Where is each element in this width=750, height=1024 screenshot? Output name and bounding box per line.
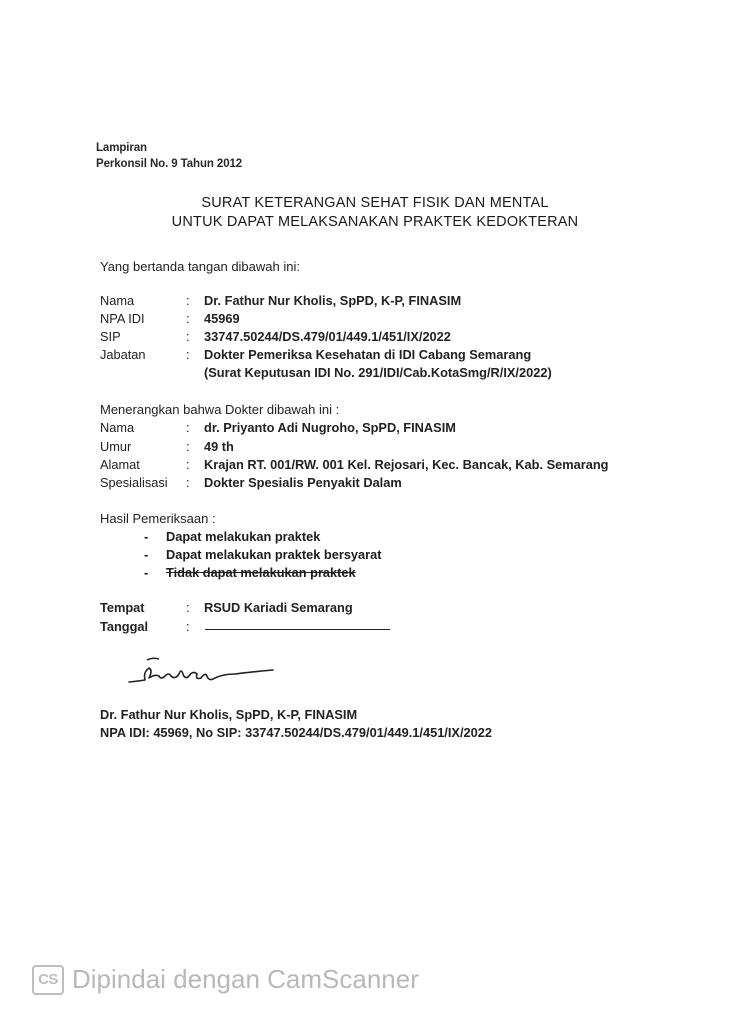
field-label: Jabatan <box>100 347 185 362</box>
field-colon: : <box>186 347 196 362</box>
bullet-marker: - <box>144 547 148 562</box>
field-value: Dokter Pemeriksa Kesehatan di IDI Cabang… <box>204 347 531 362</box>
field-colon: : <box>186 619 196 634</box>
attachment-label: Lampiran <box>96 142 147 154</box>
camscanner-watermark: CS Dipindai dengan CamScanner <box>32 964 419 995</box>
signer-credentials: NPA IDI: 45969, No SIP: 33747.50244/DS.4… <box>100 725 492 740</box>
field-value: Krajan RT. 001/RW. 001 Kel. Rejosari, Ke… <box>204 457 608 472</box>
watermark-text: Dipindai dengan CamScanner <box>72 964 419 995</box>
handwritten-signature <box>125 652 280 694</box>
bullet-marker: - <box>144 565 148 580</box>
field-value: dr. Priyanto Adi Nugroho, SpPD, FINASIM <box>204 420 456 435</box>
result-option-fit: Dapat melakukan praktek <box>166 529 320 544</box>
document-title-line1: SURAT KETERANGAN SEHAT FISIK DAN MENTAL <box>0 195 750 211</box>
result-option-conditional: Dapat melakukan praktek bersyarat <box>166 547 382 562</box>
field-value: 45969 <box>204 311 240 326</box>
field-label: Spesialisasi <box>100 475 185 490</box>
field-colon: : <box>186 293 196 308</box>
field-colon: : <box>186 439 196 454</box>
signer-intro: Yang bertanda tangan dibawah ini: <box>100 259 300 274</box>
field-colon: : <box>186 457 196 472</box>
field-label: Nama <box>100 420 185 435</box>
result-option-unfit-struck: Tidak dapat melakukan praktek <box>166 565 356 580</box>
camscanner-logo-icon: CS <box>32 965 64 995</box>
field-colon: : <box>186 475 196 490</box>
field-colon: : <box>186 420 196 435</box>
field-label: Alamat <box>100 457 185 472</box>
field-label: Nama <box>100 293 185 308</box>
subject-intro: Menerangkan bahwa Dokter dibawah ini : <box>100 402 339 417</box>
place-label: Tempat <box>100 600 185 615</box>
field-colon: : <box>186 329 196 344</box>
field-value: 49 th <box>204 439 234 454</box>
field-colon: : <box>186 600 196 615</box>
field-label: SIP <box>100 329 185 344</box>
field-value: Dokter Spesialis Penyakit Dalam <box>204 475 402 490</box>
date-label: Tanggal <box>100 619 185 634</box>
place-value: RSUD Kariadi Semarang <box>204 600 353 615</box>
results-heading: Hasil Pemeriksaan : <box>100 511 216 526</box>
regulation-reference: Perkonsil No. 9 Tahun 2012 <box>96 158 242 170</box>
field-value: Dr. Fathur Nur Kholis, SpPD, K-P, FINASI… <box>204 293 461 308</box>
date-blank-line <box>205 629 390 630</box>
decree-note: (Surat Keputusan IDI No. 291/IDI/Cab.Kot… <box>204 365 552 380</box>
field-value: 33747.50244/DS.479/01/449.1/451/IX/2022 <box>204 329 451 344</box>
signer-printed-name: Dr. Fathur Nur Kholis, SpPD, K-P, FINASI… <box>100 707 357 722</box>
field-colon: : <box>186 311 196 326</box>
field-label: NPA IDI <box>100 311 185 326</box>
document-title-line2: UNTUK DAPAT MELAKSANAKAN PRAKTEK KEDOKTE… <box>0 214 750 230</box>
bullet-marker: - <box>144 529 148 544</box>
field-label: Umur <box>100 439 185 454</box>
